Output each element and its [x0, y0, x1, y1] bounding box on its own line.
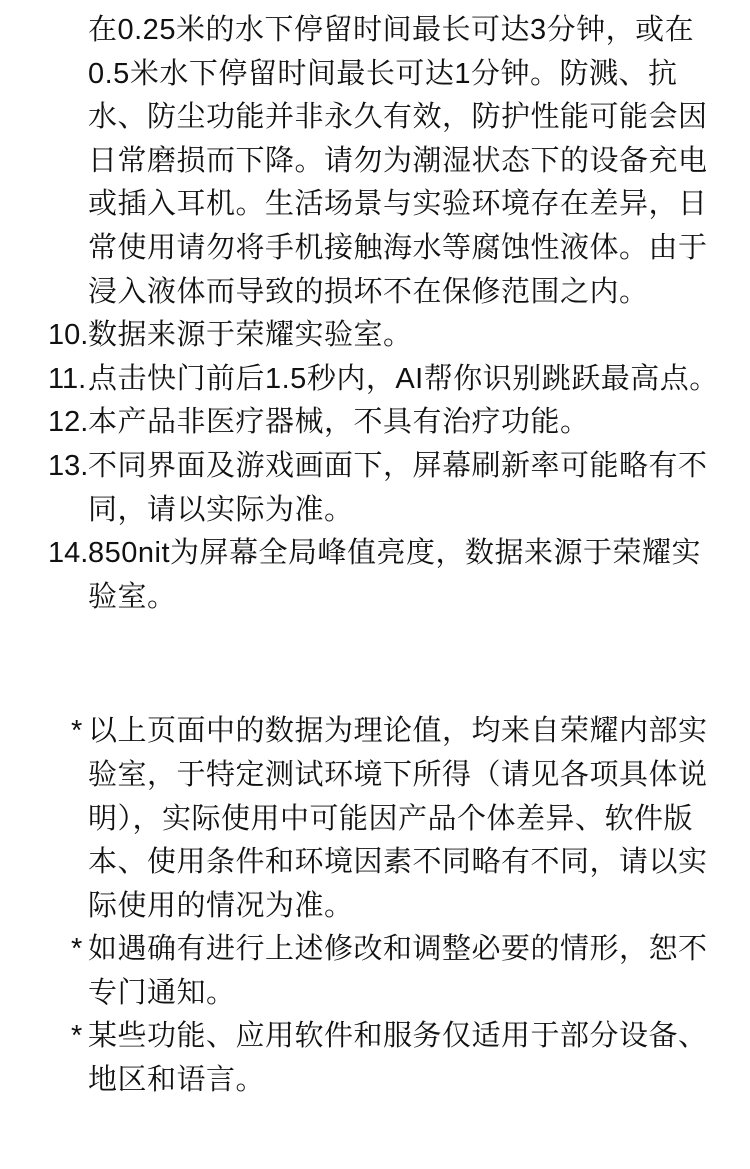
footnote-item-13: 13. 不同界面及游戏画面下，屏幕刷新率可能略有不 同，请以实际为准。	[88, 445, 694, 532]
text-line: 850nit为屏幕全局峰值亮度，数据来源于荣耀实	[88, 532, 694, 576]
asterisk-marker: *	[71, 928, 82, 972]
footnote-item-14: 14. 850nit为屏幕全局峰值亮度，数据来源于荣耀实 验室。	[88, 532, 694, 619]
star-note-availability: * 某些功能、应用软件和服务仅适用于部分设备、 地区和语言。	[88, 1015, 694, 1102]
footnote-number: 13.	[48, 445, 88, 489]
text-line: 际使用的情况为准。	[88, 885, 694, 929]
text-line: 明），实际使用中可能因产品个体差异、软件版	[88, 798, 694, 842]
footnote-item-10: 10. 数据来源于荣耀实验室。	[88, 314, 694, 358]
text-line: 浸入液体而导致的损坏不在保修范围之内。	[88, 271, 694, 315]
text-line: 专门通知。	[88, 972, 694, 1016]
text-line: 常使用请勿将手机接触海水等腐蚀性液体。由于	[88, 227, 694, 271]
disclaimer-page: 在0.25米的水下停留时间最长可达3分钟，或在 0.5米水下停留时间最长可达1分…	[0, 0, 750, 1169]
text-line: 以上页面中的数据为理论值，均来自荣耀内部实	[88, 710, 694, 754]
asterisk-marker: *	[71, 1015, 82, 1059]
text-line: 水、防尘功能并非永久有效，防护性能可能会因	[88, 96, 694, 140]
text-line: 地区和语言。	[88, 1059, 694, 1103]
footnote-item-11: 11. 点击快门前后1.5秒内，AI帮你识别跳跃最高点。	[88, 358, 694, 402]
star-note-no-notice: * 如遇确有进行上述修改和调整必要的情形，恕不 专门通知。	[88, 928, 694, 1015]
text-line: 日常磨损而下降。请勿为潮湿状态下的设备充电	[88, 140, 694, 184]
footnote-number: 12.	[48, 401, 88, 445]
text-line: 不同界面及游戏画面下，屏幕刷新率可能略有不	[88, 445, 694, 489]
text-line: 点击快门前后1.5秒内，AI帮你识别跳跃最高点。	[88, 358, 694, 402]
section-gap	[88, 619, 694, 710]
text-line: 验室。	[88, 576, 694, 620]
text-line: 某些功能、应用软件和服务仅适用于部分设备、	[88, 1015, 694, 1059]
footnote-number: 11.	[48, 358, 86, 402]
text-line: 如遇确有进行上述修改和调整必要的情形，恕不	[88, 928, 694, 972]
footnote-number: 10.	[48, 314, 88, 358]
text-line: 本产品非医疗器械，不具有治疗功能。	[88, 401, 694, 445]
text-line: 本、使用条件和环境因素不同略有不同，请以实	[88, 841, 694, 885]
footnote-continuation: 在0.25米的水下停留时间最长可达3分钟，或在 0.5米水下停留时间最长可达1分…	[88, 9, 694, 314]
asterisk-marker: *	[71, 710, 82, 754]
text-line: 0.5米水下停留时间最长可达1分钟。防溅、抗	[88, 53, 694, 97]
text-line: 在0.25米的水下停留时间最长可达3分钟，或在	[88, 9, 694, 53]
text-line: 数据来源于荣耀实验室。	[88, 314, 694, 358]
text-line: 验室，于特定测试环境下所得（请见各项具体说	[88, 754, 694, 798]
footnote-item-12: 12. 本产品非医疗器械，不具有治疗功能。	[88, 401, 694, 445]
text-line: 同，请以实际为准。	[88, 489, 694, 533]
text-line: 或插入耳机。生活场景与实验环境存在差异，日	[88, 183, 694, 227]
star-note-theoretical-data: * 以上页面中的数据为理论值，均来自荣耀内部实 验室，于特定测试环境下所得（请见…	[88, 710, 694, 928]
footnote-number: 14.	[48, 532, 88, 576]
